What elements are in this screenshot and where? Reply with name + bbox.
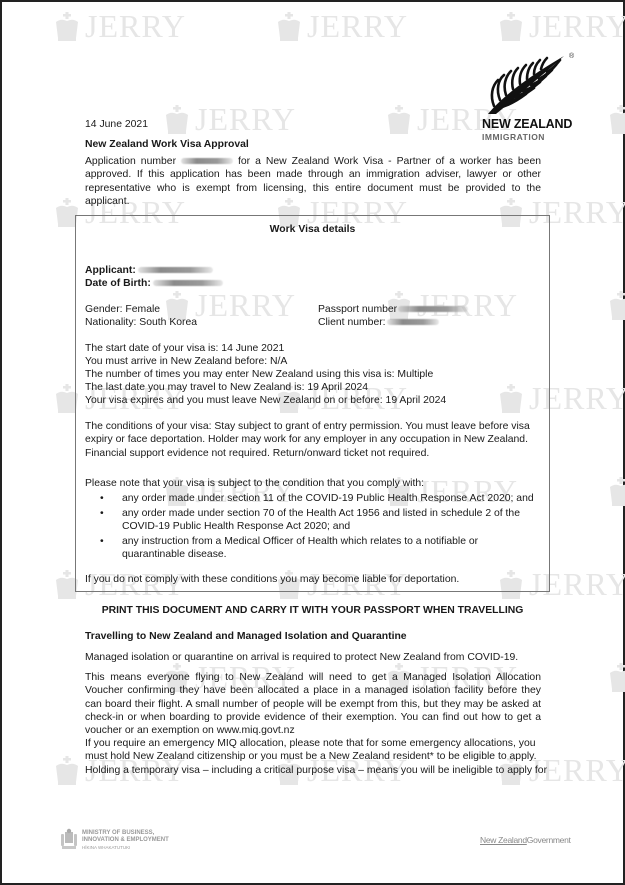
conditions-note-intro: Please note that your visa is subject to…	[85, 477, 424, 490]
visa-condition-line: Financial support evidence not required.…	[85, 447, 429, 460]
ministry-line-3: HĪKINA WHAKATUTUKI	[82, 844, 169, 851]
visa-date-line: Your visa expires and you must leave New…	[85, 394, 446, 407]
miq-paragraph-3-line: Holding a temporary visa – including a c…	[85, 764, 547, 777]
client-field: Client number:	[318, 316, 439, 329]
registered-mark: ®	[569, 53, 574, 60]
dob-label: Date of Birth:	[85, 278, 151, 289]
conditions-note-outro: If you do not comply with these conditio…	[85, 573, 459, 586]
visa-condition-line: The conditions of your visa: Stay subjec…	[85, 420, 530, 433]
visa-date-line: The last date you may travel to New Zeal…	[85, 381, 368, 394]
redacted-application-number	[181, 158, 233, 164]
logo-text-immigration: IMMIGRATION	[482, 132, 545, 142]
miq-paragraph-2: This means everyone flying to New Zealan…	[85, 671, 541, 737]
condition-bullet: •any order made under section 70 of the …	[100, 507, 534, 533]
bullet-text: any order made under section 11 of the C…	[122, 492, 534, 505]
miq-paragraph-3-line: must hold New Zealand citizenship or you…	[85, 750, 536, 763]
coat-of-arms-icon	[60, 828, 78, 852]
condition-bullet: •any instruction from a Medical Officer …	[100, 535, 534, 561]
nz-government-logo: New ZealandGovernment	[480, 835, 571, 845]
redacted-passport-number	[398, 306, 468, 312]
redacted-date-of-birth	[153, 280, 223, 286]
visa-date-line: The number of times you may enter New Ze…	[85, 368, 433, 381]
letter-title: New Zealand Work Visa Approval	[85, 138, 249, 151]
mbie-logo: MINISTRY OF BUSINESS, INNOVATION & EMPLO…	[60, 828, 169, 852]
visa-condition-line: expiry or face deportation. Holder may w…	[85, 433, 528, 446]
details-box-title: Work Visa details	[0, 223, 625, 236]
bullet-text: any instruction from a Medical Officer o…	[122, 535, 478, 561]
applicant-label: Applicant:	[85, 265, 136, 276]
bullet-icon: •	[100, 507, 122, 533]
client-label: Client number:	[318, 317, 386, 328]
bullet-text: any order made under section 70 of the H…	[122, 507, 520, 533]
intro-text-start: Application number	[85, 156, 176, 167]
ministry-line-1: MINISTRY OF BUSINESS,	[82, 830, 169, 837]
logo-text-new-zealand: NEW ZEALAND	[482, 117, 572, 131]
passport-field: Passport number	[318, 303, 468, 316]
visa-date-line: You must arrive in New Zealand before: N…	[85, 355, 287, 368]
intro-paragraph: Application number for a New Zealand Wor…	[85, 155, 541, 208]
nz-immigration-logo: ® NEW ZEALAND IMMIGRATION	[482, 48, 592, 143]
ministry-line-2: INNOVATION & EMPLOYMENT	[82, 837, 169, 844]
redacted-client-number	[387, 319, 439, 325]
nationality-field: Nationality: South Korea	[85, 316, 197, 329]
silver-fern-icon	[486, 48, 581, 118]
conditions-bullet-list: •any order made under section 11 of the …	[100, 492, 534, 563]
miq-heading: Travelling to New Zealand and Managed Is…	[85, 630, 407, 643]
applicant-field: Applicant:	[85, 264, 213, 277]
gov-logo-part-2: Government	[527, 835, 571, 845]
gov-logo-part-1: New Zealand	[480, 835, 527, 845]
passport-label: Passport number	[318, 304, 397, 315]
miq-paragraph-1: Managed isolation or quarantine on arriv…	[85, 651, 518, 664]
condition-bullet: •any order made under section 11 of the …	[100, 492, 534, 505]
bullet-icon: •	[100, 535, 122, 561]
print-notice: PRINT THIS DOCUMENT AND CARRY IT WITH YO…	[0, 604, 625, 617]
gender-field: Gender: Female	[85, 303, 160, 316]
visa-date-line: The start date of your visa is: 14 June …	[85, 342, 284, 355]
dob-field: Date of Birth:	[85, 277, 223, 290]
letter-date: 14 June 2021	[85, 118, 148, 131]
miq-paragraph-3-line: If you require an emergency MIQ allocati…	[85, 737, 536, 750]
redacted-applicant-name	[138, 267, 213, 273]
bullet-icon: •	[100, 492, 122, 505]
